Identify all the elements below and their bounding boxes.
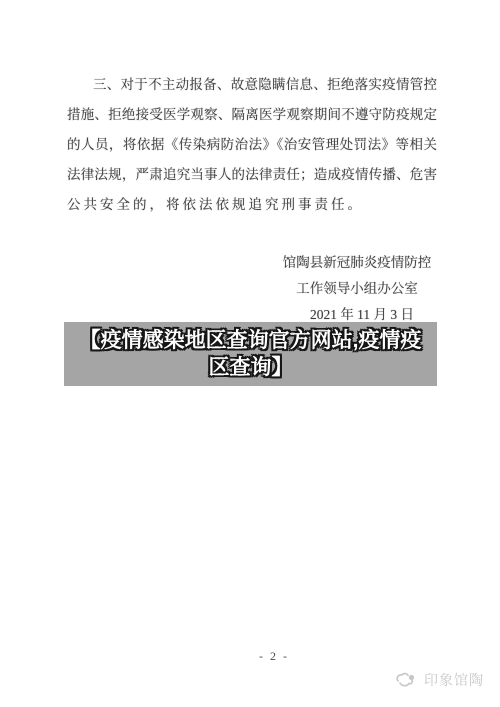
paragraph-line: 措施、拒绝接受医学观察、隔离医学观察期间不遵守防疫规定: [67, 100, 437, 130]
signature-org-line-1: 馆陶县新冠肺炎疫情防控: [277, 250, 437, 276]
paragraph-line: 公共安全的，将依法依规追究刑事责任。: [67, 190, 437, 220]
headline-overlay-banner: 【疫情感染地区查询官方网站,疫情疫 区查询】: [64, 322, 437, 386]
headline-line-1: 【疫情感染地区查询官方网站,疫情疫: [80, 327, 422, 354]
headline-line-2: 区查询】: [209, 354, 293, 381]
watermark: 印象馆陶: [395, 670, 484, 690]
watermark-text: 印象馆陶: [424, 670, 484, 690]
paragraph-line: 法律法规，严肃追究当事人的法律责任；造成疫情传播、危害: [67, 160, 437, 190]
paragraph-line: 三、对于不主动报备、故意隐瞒信息、拒绝落实疫情管控: [67, 70, 437, 100]
signature-block: 馆陶县新冠肺炎疫情防控 工作领导小组办公室 2021 年 11 月 3 日: [277, 250, 437, 328]
signature-org-line-2: 工作领导小组办公室: [277, 276, 437, 302]
page-number: - 2 -: [259, 649, 289, 664]
scanned-document-page: 三、对于不主动报备、故意隐瞒信息、拒绝落实疫情管控 措施、拒绝接受医学观察、隔离…: [0, 0, 500, 707]
body-paragraph: 三、对于不主动报备、故意隐瞒信息、拒绝落实疫情管控 措施、拒绝接受医学观察、隔离…: [67, 70, 437, 220]
paragraph-line: 的人员，将依据《传染病防治法》《治安管理处罚法》等相关: [67, 130, 437, 160]
cloud-logo-icon: [395, 671, 419, 689]
